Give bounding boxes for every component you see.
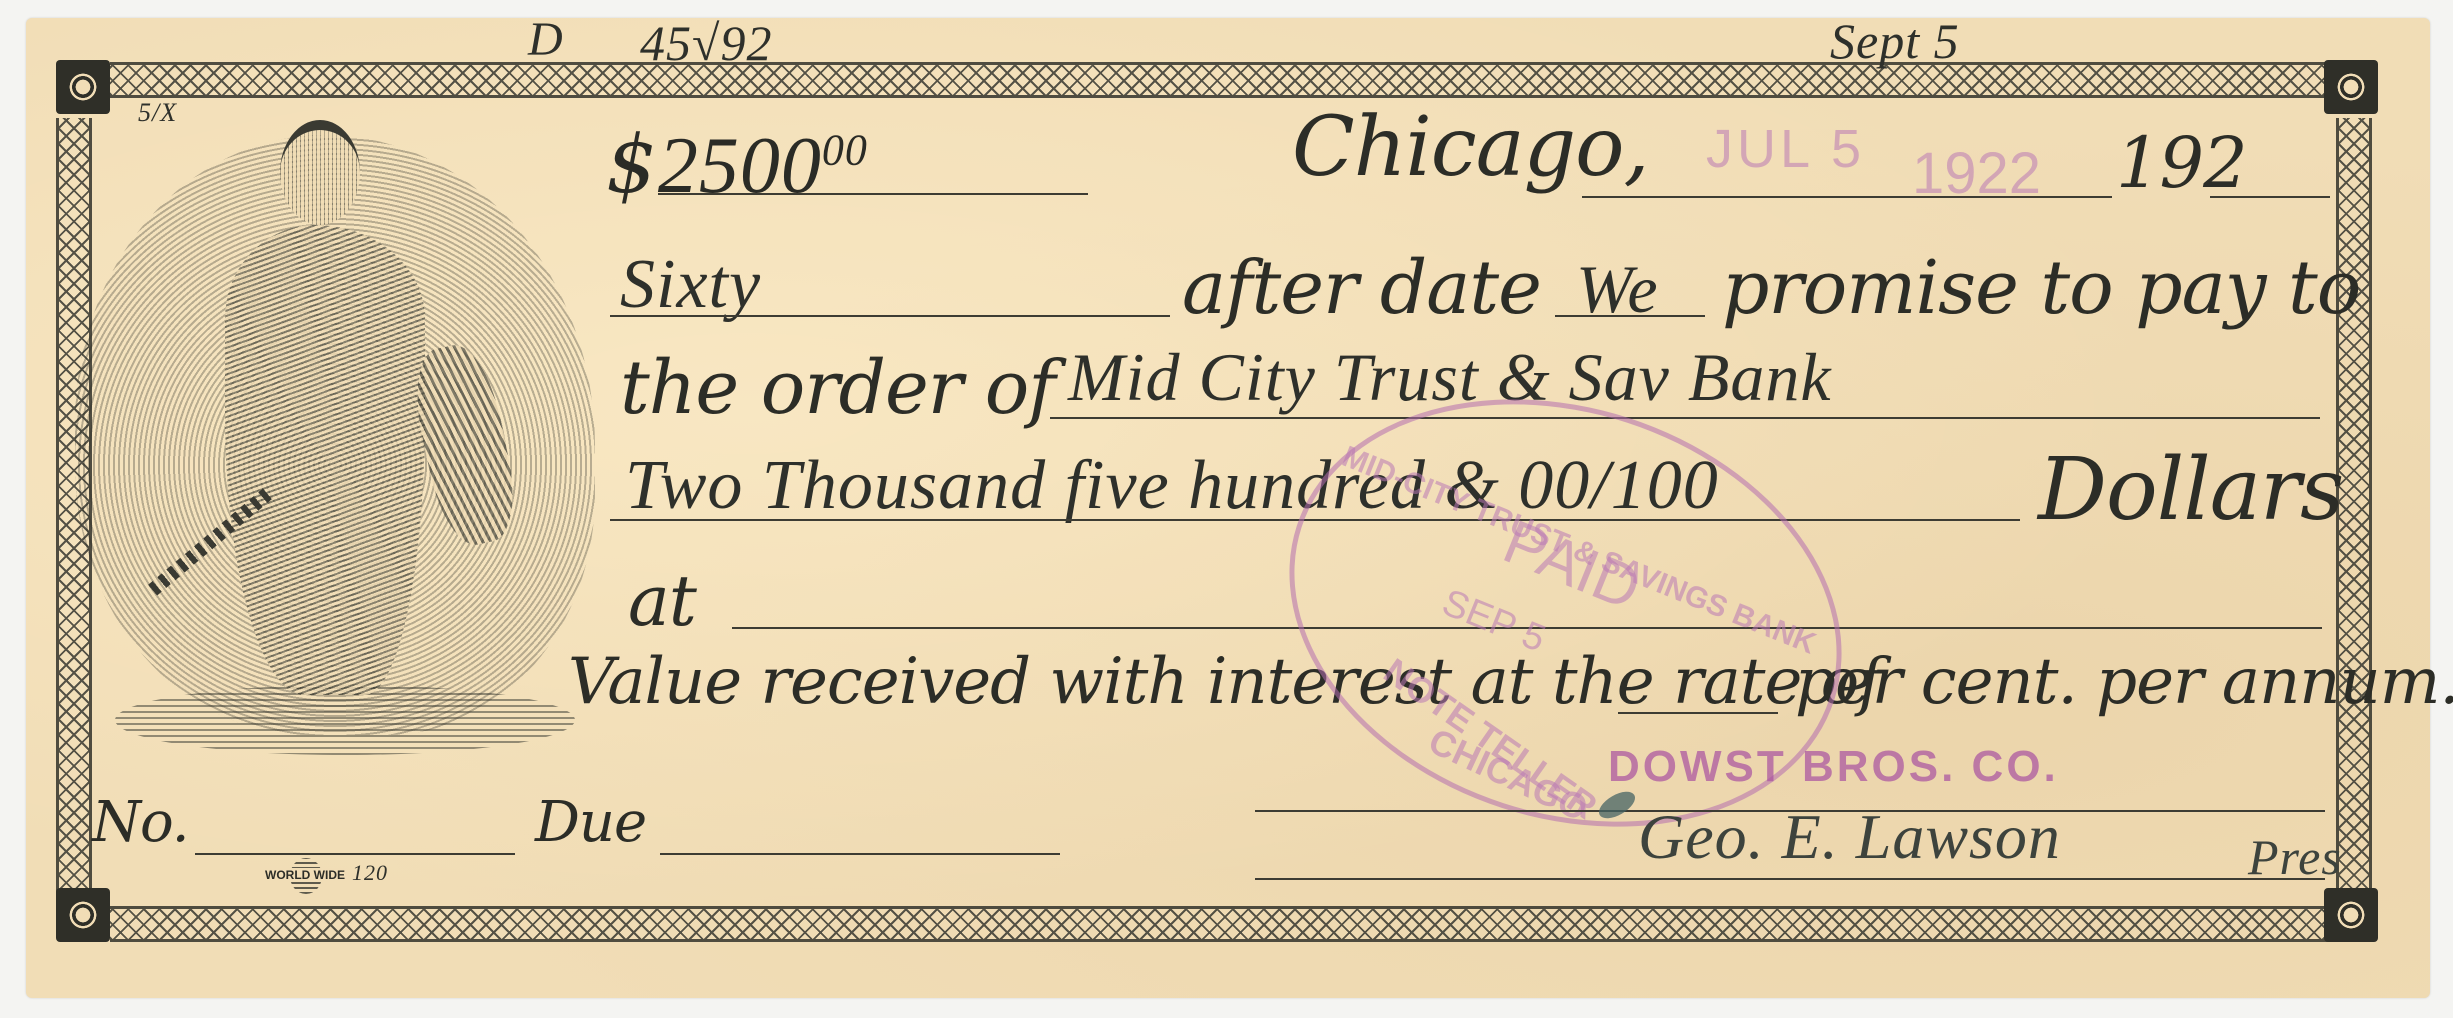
vignette-figure-head: [280, 120, 360, 225]
no-label: No.: [92, 790, 189, 855]
at-label: at: [628, 560, 696, 642]
printer-logo: WORLD WIDE: [264, 858, 346, 894]
due-line: [660, 853, 1060, 855]
border-top: [110, 62, 2340, 98]
vignette-ground: [115, 685, 575, 755]
pronoun-line: [1555, 315, 1705, 317]
city-label: Chicago,: [1292, 100, 1649, 195]
maker-stamp: DOWST BROS. CO.: [1608, 742, 2059, 792]
border-bottom: [110, 906, 2340, 942]
amount-cents: 00: [822, 125, 868, 174]
top-left-mark: D: [528, 12, 564, 67]
corner-ornament-bottom-left: [56, 888, 110, 942]
vignette-figure: [225, 225, 425, 695]
after-date-label: after date: [1182, 245, 1541, 331]
top-right-note: Sept 5: [1830, 12, 1960, 70]
payee-line: [1050, 417, 2320, 419]
order-of-label: the order of: [620, 345, 1055, 431]
printed-year-prefix: 192: [2116, 122, 2247, 204]
amount-value: 2500: [658, 122, 822, 210]
interest-suffix-label: per cent. per annum.: [1795, 645, 2453, 719]
allegorical-vignette-image: [75, 95, 600, 775]
term-line: [610, 315, 1170, 317]
date-stamp-month-day: JUL 5: [1706, 118, 1865, 180]
signature-title: Pres: [2248, 828, 2342, 886]
signature-name: Geo. E. Lawson: [1638, 800, 2061, 874]
form-number: 120: [352, 860, 388, 886]
top-ref-number: 45√92: [640, 14, 772, 72]
dollars-label: Dollars: [2038, 440, 2343, 540]
corner-ornament-top-right: [2324, 60, 2378, 114]
amount-underline: [658, 193, 1088, 195]
no-line: [195, 853, 515, 855]
date-stamp-year: 1922: [1912, 140, 2041, 207]
pronoun-written: We: [1576, 250, 1659, 329]
due-label: Due: [535, 790, 646, 855]
printer-mark: WORLD WIDE: [264, 868, 346, 882]
signature-line-2: [1255, 878, 2325, 880]
term-written: Sixty: [620, 245, 761, 325]
year-line: [2210, 196, 2330, 198]
amount-field: $250000: [606, 118, 868, 212]
corner-ornament-bottom-right: [2324, 888, 2378, 942]
promise-label: promise to pay to: [1722, 245, 2360, 331]
currency-symbol: $: [606, 118, 658, 211]
